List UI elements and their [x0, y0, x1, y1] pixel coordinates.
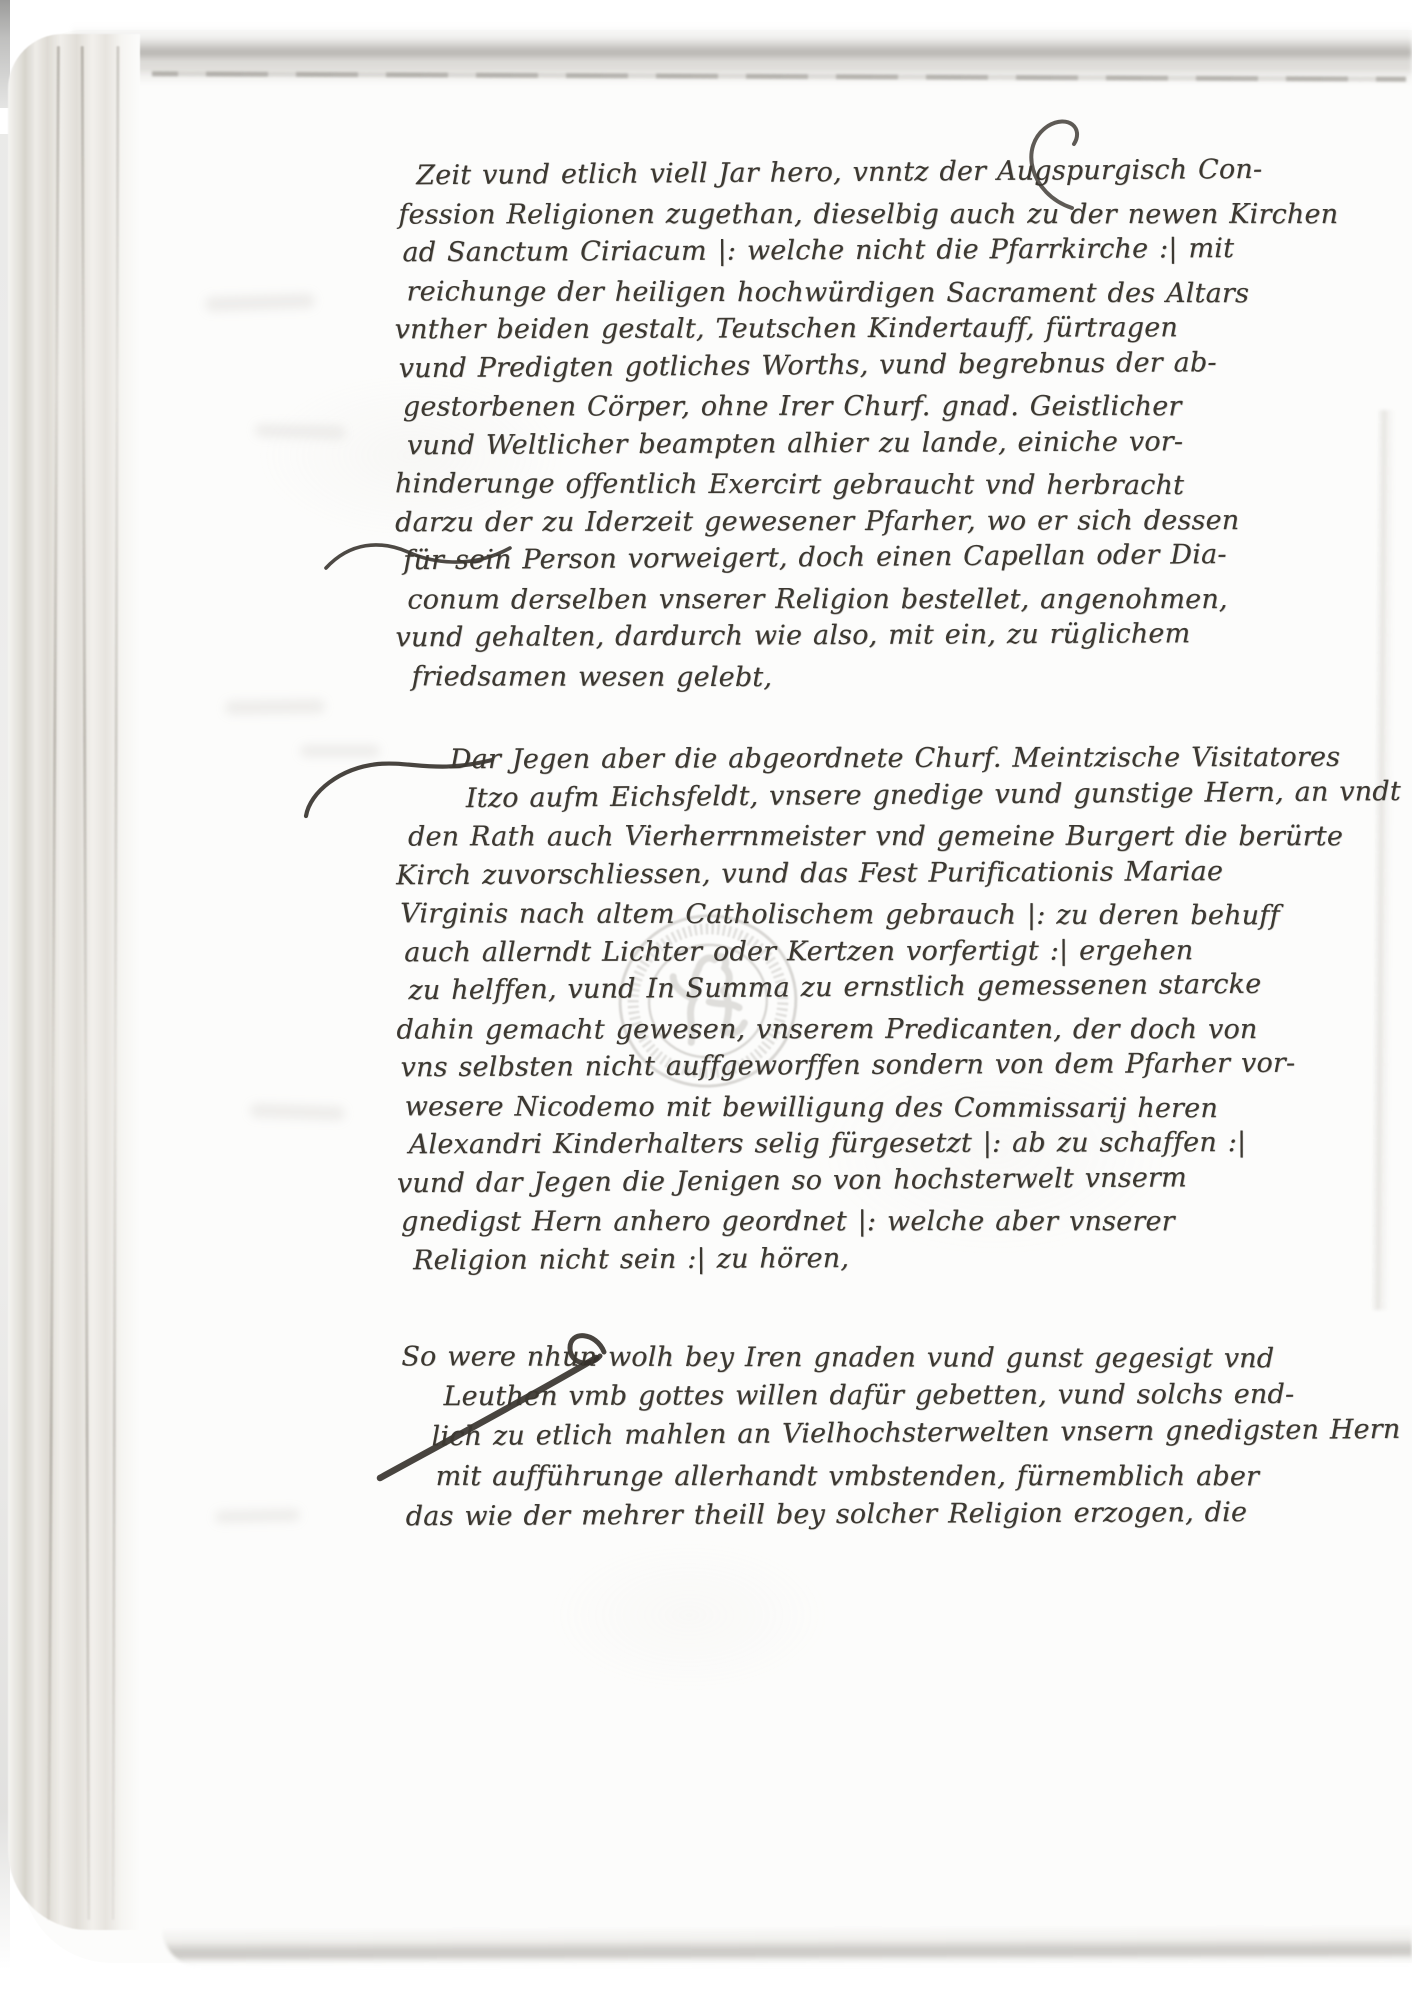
page-edge-ridge [47, 46, 60, 1920]
bleed-through-mark [225, 699, 325, 715]
manuscript-line: vns selbsten nicht auffgeworffen sondern… [396, 1044, 1381, 1087]
manuscript-line: friedsamen wesen gelebt, [408, 658, 1381, 699]
manuscript-line: ad Sanctum Ciriacum |: welche nicht die … [394, 229, 1379, 272]
bleed-through-mark [300, 745, 380, 757]
manuscript-line: Religion nicht sein :| zu hören, [405, 1237, 1382, 1280]
manuscript-line: gnedigst Hern anhero geordnet |: welche … [397, 1203, 1382, 1242]
scanned-book-page: Zeit vund etlich viell Jar hero, vnntz d… [0, 0, 1412, 1993]
bleed-through-mark [215, 1509, 300, 1523]
bleed-through-mark [255, 424, 345, 439]
manuscript-line: das wie der mehrer theill bey solcher Re… [398, 1492, 1383, 1537]
manuscript-line: vund dar Jegen die Jenigen so von hochst… [397, 1157, 1382, 1203]
paragraph: Dar Jegen aber die abgeordnete Churf. Me… [396, 739, 1382, 1281]
manuscript-line: vund Predigten gotliches Worths, vund be… [395, 342, 1380, 388]
manuscript-line: vund Weltlicher beampten alhier zu lande… [395, 422, 1380, 465]
manuscript-line: gestorbenen Cörper, ohne Irer Churf. gna… [395, 388, 1380, 427]
manuscript-line: Virginis nach altem Catholischem gebrauc… [396, 895, 1381, 936]
manuscript-text: Zeit vund etlich viell Jar hero, vnntz d… [394, 155, 1383, 1538]
manuscript-line: dahin gemacht gewesen, vnserem Predicant… [396, 1011, 1381, 1050]
manuscript-line: für sein Person vorweigert, doch einen C… [395, 535, 1380, 581]
manuscript-line: vund gehalten, dardurch wie also, mit ei… [395, 614, 1380, 657]
manuscript-line: fession Religionen zugethan, dieselbig a… [394, 196, 1379, 235]
paragraph: So were nhun wolh bey Iren gnaden vund g… [397, 1335, 1383, 1538]
page-bottom-edge [162, 1924, 1412, 1967]
page-edge-ridge [112, 46, 120, 1920]
manuscript-line: hinderunge offentlich Exercirt gebraucht… [395, 465, 1380, 506]
manuscript-line: lich zu etlich mahlen an Vielhochsterwel… [431, 1410, 1382, 1457]
manuscript-line: den Rath auch Vierherrnmeister vnd gemei… [396, 818, 1381, 857]
manuscript-line: So were nhun wolh bey Iren gnaden vund g… [393, 1337, 1382, 1379]
page-edge-ridge [81, 46, 91, 1920]
manuscript-line: conum derselben vnserer Religion bestell… [395, 581, 1380, 620]
manuscript-line: wesere Nicodemo mit bewilligung des Comm… [397, 1088, 1382, 1129]
manuscript-line: Kirch zuvorschliessen, vund das Fest Pur… [396, 852, 1381, 895]
manuscript-line: reichunge der heiligen hochwürdigen Sacr… [395, 273, 1380, 314]
manuscript-line: Zeit vund etlich viell Jar hero, vnntz d… [416, 150, 1379, 196]
page-stack-left-edge [8, 34, 140, 1930]
paragraph: Zeit vund etlich viell Jar hero, vnntz d… [394, 155, 1380, 697]
manuscript-line: mit aufführunge allerhandt vmbstenden, f… [432, 1457, 1383, 1497]
manuscript-line: Itzo aufm Eichsfeldt, vnsere gnedige vun… [458, 773, 1381, 818]
manuscript-line: zu helffen, vund In Summa zu ernstlich g… [396, 965, 1381, 1011]
